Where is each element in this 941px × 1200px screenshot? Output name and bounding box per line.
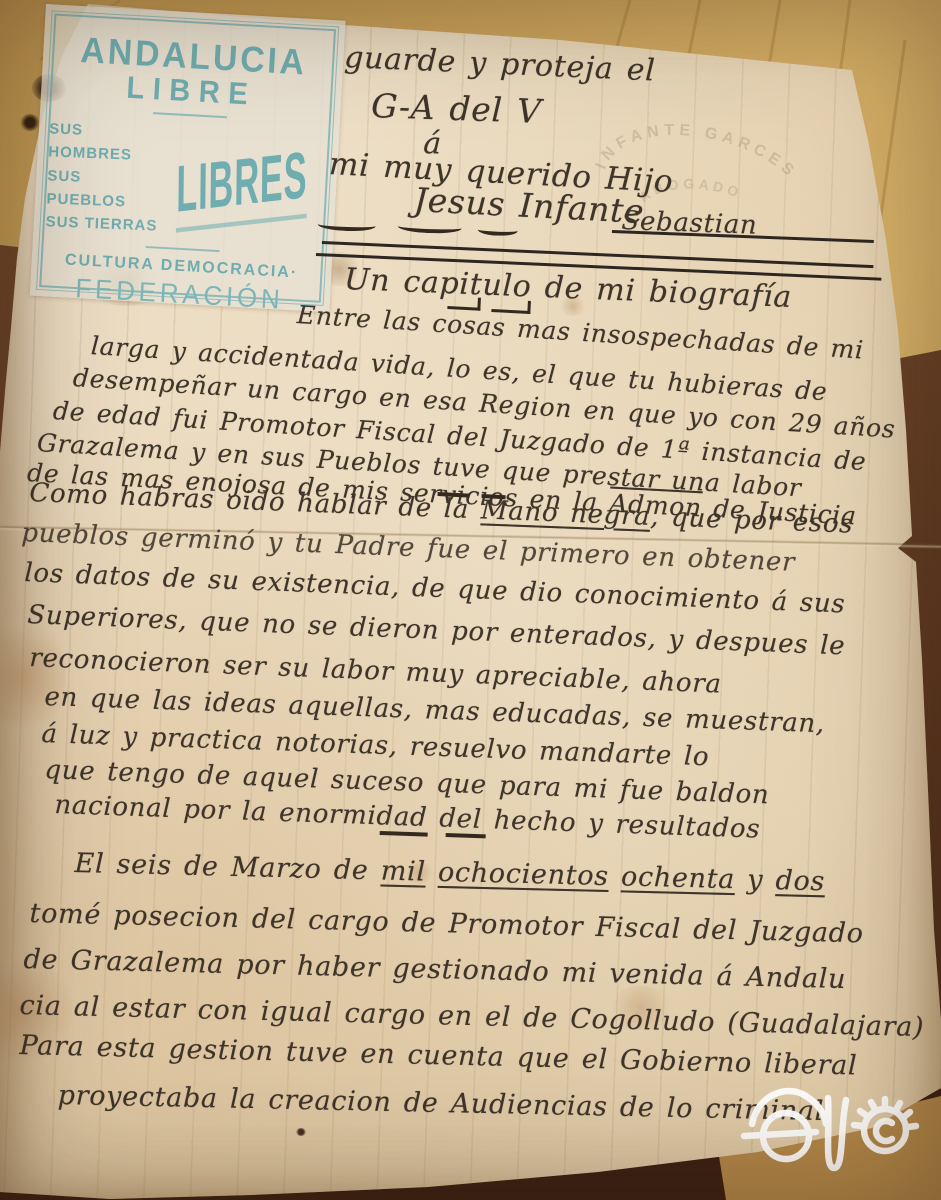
andalucia-libre-stamp: ANDALUCIA LIBRE SUS HOMBRES SUS PUEBLOS … bbox=[30, 4, 346, 312]
space bbox=[425, 857, 438, 888]
stamp-libres-word: LIBRES bbox=[176, 139, 308, 233]
stamp-frame: ANDALUCIA LIBRE SUS HOMBRES SUS PUEBLOS … bbox=[39, 13, 336, 302]
stamp-divider bbox=[146, 246, 220, 252]
watermark-u-loop bbox=[828, 1098, 846, 1168]
watermark-ray bbox=[904, 1112, 910, 1117]
watermark-bar bbox=[744, 1132, 816, 1136]
stamp-sus-tierras: SUS TIERRAS bbox=[45, 211, 160, 239]
stamp-sus-pueblos: SUS PUEBLOS bbox=[46, 164, 162, 215]
photo-of-handwritten-letter: ANDALUCIA LIBRE SUS HOMBRES SUS PUEBLOS … bbox=[0, 0, 941, 1200]
watermark-inner-c bbox=[876, 1121, 892, 1141]
stamp-sus-block: SUS HOMBRES SUS PUEBLOS SUS TIERRAS LIBR… bbox=[44, 117, 328, 249]
watermark-ray bbox=[896, 1103, 900, 1110]
watermark-sun-circle bbox=[864, 1109, 906, 1151]
section-divider-dash bbox=[446, 826, 486, 838]
watermark-logo bbox=[738, 1078, 924, 1188]
space bbox=[608, 861, 621, 892]
watermark-ray bbox=[854, 1125, 862, 1126]
ochocientos-underlined: ochocientos bbox=[438, 857, 610, 892]
watermark-ray bbox=[871, 1102, 875, 1109]
header-line-2: G-A del V bbox=[371, 86, 543, 131]
title-underline-hook bbox=[447, 296, 481, 311]
mil-underlined: mil bbox=[380, 855, 426, 887]
ochenta-underlined: ochenta bbox=[621, 861, 736, 895]
section-divider-dash bbox=[380, 824, 428, 837]
mano-negra-underlined: Mano negra bbox=[480, 495, 651, 531]
stamp-sus-hombres: SUS HOMBRES bbox=[48, 118, 164, 169]
paragraph3-line1-mid: y bbox=[735, 864, 776, 896]
stamp-divider bbox=[153, 112, 227, 118]
watermark-ray bbox=[860, 1111, 867, 1116]
stamp-title-line2: LIBRE bbox=[126, 71, 257, 111]
watermark-arch bbox=[752, 1091, 826, 1124]
dos-underlined: dos bbox=[775, 865, 825, 897]
watermark-ray bbox=[908, 1126, 916, 1127]
